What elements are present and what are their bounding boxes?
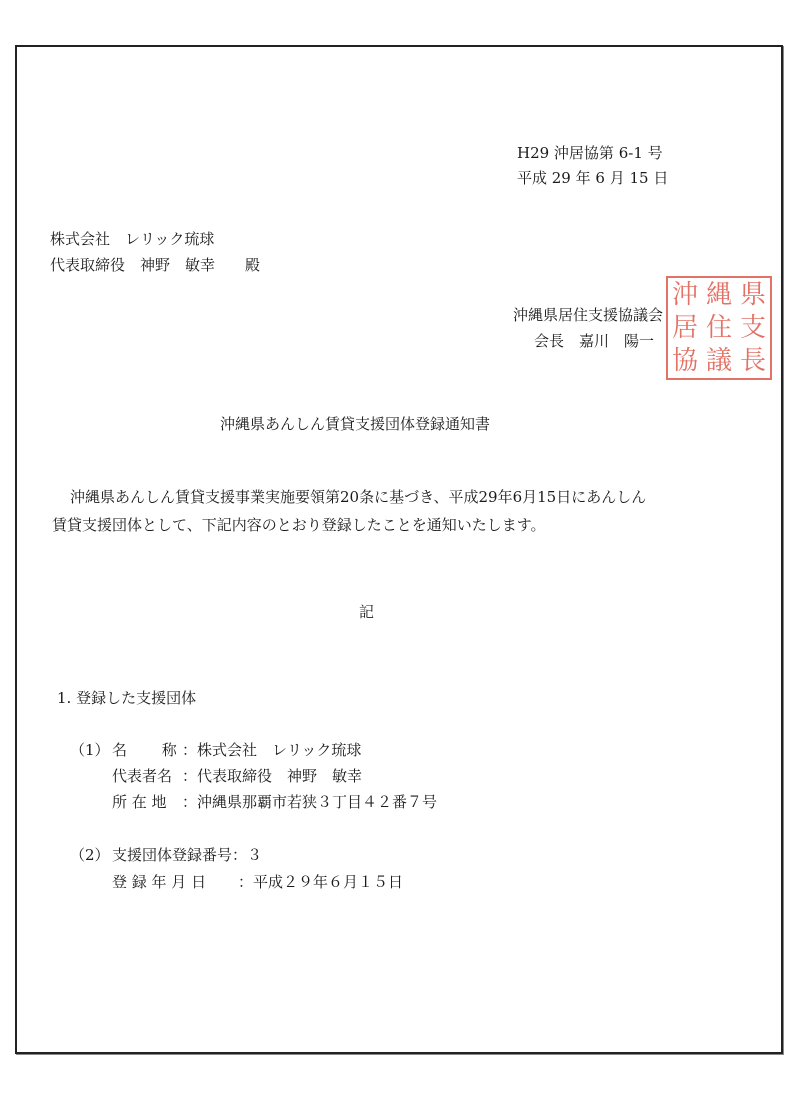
name-value: 株式会社 レリック琉球 <box>197 741 361 759</box>
seal-char: 縄 <box>706 282 732 308</box>
seal-char: 支 <box>740 315 766 341</box>
item-2-registration-date-row: 登 録 年 月 日：平成２９年６月１５日 <box>112 872 403 892</box>
body-text-line-1: 沖縄県あんしん賃貸支援事業実施要領第20条に基づき、平成29年6月15日にあんし… <box>70 487 646 507</box>
sender-organization: 沖縄県居住支援協議会 <box>513 305 663 325</box>
official-seal-stamp: 沖 縄 県 居 住 支 協 議 長 <box>666 276 772 380</box>
seal-char: 県 <box>740 282 766 308</box>
seal-char: 居 <box>672 315 698 341</box>
separator: ： <box>238 873 253 891</box>
document-title: 沖縄県あんしん賃貸支援団体登録通知書 <box>220 414 490 434</box>
item-1-address-row: 所 在 地：沖縄県那覇市若狭３丁目４２番７号 <box>112 792 437 812</box>
address-label: 所 在 地 <box>112 792 182 812</box>
registration-date-label: 登 録 年 月 日 <box>112 872 238 892</box>
seal-char: 議 <box>706 348 732 374</box>
seal-char: 住 <box>706 315 732 341</box>
representative-label: 代表者名 <box>112 766 182 786</box>
registration-date-value: 平成２９年６月１５日 <box>253 873 403 891</box>
section-heading: 1. 登録した支援団体 <box>57 688 196 708</box>
separator: ： <box>182 793 197 811</box>
item-1-representative-row: 代表者名：代表取締役 神野 敏幸 <box>112 766 362 786</box>
representative-value: 代表取締役 神野 敏幸 <box>197 767 362 785</box>
separator: ： <box>232 846 247 864</box>
registration-number-value: ３ <box>247 846 262 864</box>
reference-number: H29 沖居協第 6-1 号 <box>517 143 663 163</box>
item-2-number: （2） <box>70 845 110 865</box>
sender-chair: 会長 嘉川 陽一 <box>534 331 654 351</box>
separator: ： <box>182 767 197 785</box>
recipient-representative: 代表取締役 神野 敏幸 殿 <box>50 255 260 275</box>
item-1-number: （1） <box>70 740 110 760</box>
name-label: 名 称 <box>112 740 182 760</box>
address-value: 沖縄県那覇市若狭３丁目４２番７号 <box>197 793 437 811</box>
seal-char: 長 <box>740 348 766 374</box>
item-2-registration-number-row: 支援団体登録番号：３ <box>112 845 262 865</box>
seal-char: 協 <box>672 348 698 374</box>
registration-number-label: 支援団体登録番号 <box>112 846 232 864</box>
issue-date: 平成 29 年 6 月 15 日 <box>517 168 668 188</box>
item-1-name-row: 名 称：株式会社 レリック琉球 <box>112 740 361 760</box>
document-border <box>15 45 783 1054</box>
seal-char: 沖 <box>672 282 698 308</box>
body-text-line-2: 賃貸支援団体として、下記内容のとおり登録したことを通知いたします。 <box>52 515 546 535</box>
separator: ： <box>182 741 197 759</box>
ki-marker: 記 <box>359 602 374 622</box>
recipient-company: 株式会社 レリック琉球 <box>50 229 214 249</box>
